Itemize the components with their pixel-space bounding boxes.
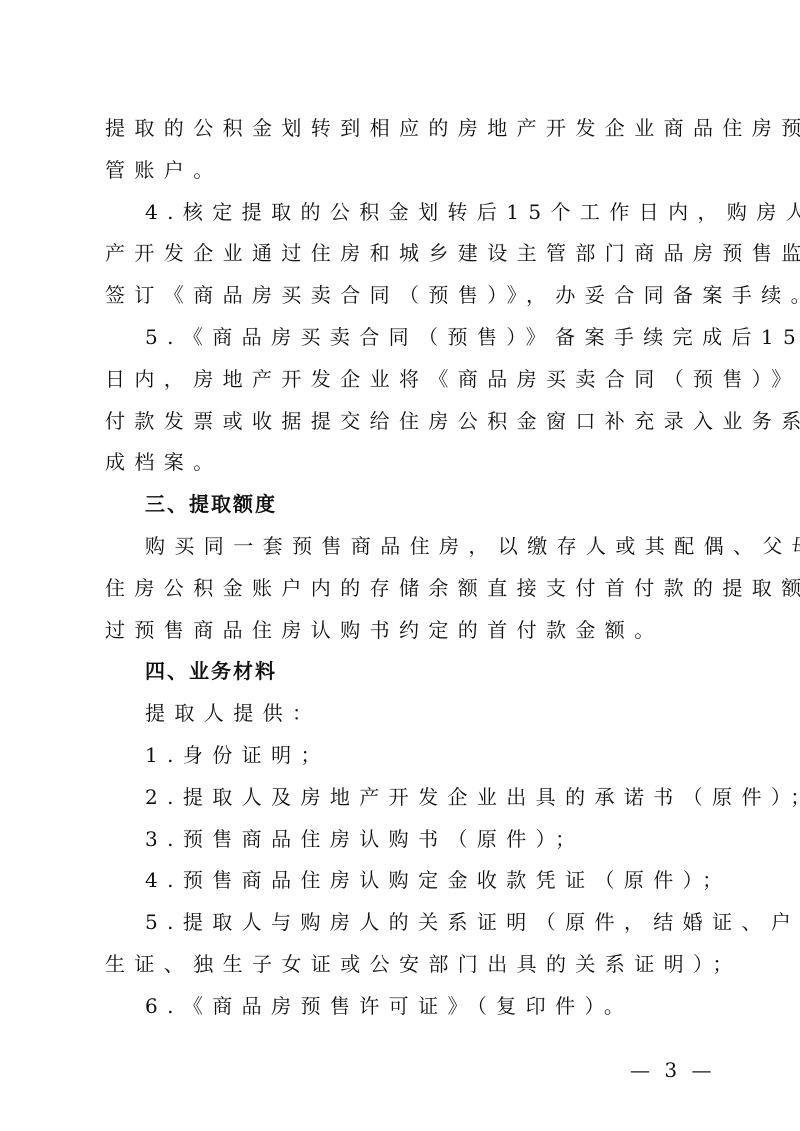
- page-number: — 3 —: [630, 1058, 715, 1082]
- section-heading-withdrawal-amount: 三、提取额度: [105, 484, 703, 526]
- paragraph-line: 管账户。: [105, 150, 703, 192]
- list-item-5: 5.《商品房买卖合同（预售）》备案手续完成后15个工作: [105, 317, 703, 359]
- paragraph-line: 生证、独生子女证或公安部门出具的关系证明）；: [105, 944, 703, 986]
- material-item-5: 5.提取人与购房人的关系证明（原件，结婚证、户口簿、出: [105, 902, 703, 944]
- paragraph-line: 产开发企业通过住房和城乡建设主管部门商品房预售监管平台: [105, 233, 703, 275]
- paragraph-line: 提取人提供：: [105, 693, 703, 735]
- paragraph-line: 日内，房地产开发企业将《商品房买卖合同（预售）》及购房首: [105, 359, 703, 401]
- paragraph-line: 付款发票或收据提交给住房公积金窗口补充录入业务系统并形: [105, 401, 703, 443]
- material-item-1: 1.身份证明；: [105, 735, 703, 777]
- list-item-4: 4.核定提取的公积金划转后15个工作日内，购房人与房地: [105, 192, 703, 234]
- paragraph-line: 购买同一套预售商品住房，以缴存人或其配偶、父母、子女: [105, 526, 703, 568]
- paragraph-line: 签订《商品房买卖合同（预售）》，办妥合同备案手续。: [105, 275, 703, 317]
- paragraph-line: 成档案。: [105, 442, 703, 484]
- material-item-3: 3.预售商品住房认购书（原件）；: [105, 819, 703, 861]
- material-item-6: 6.《商品房预售许可证》（复印件）。: [105, 986, 703, 1028]
- paragraph-line: 住房公积金账户内的存储余额直接支付首付款的提取额度不超: [105, 568, 703, 610]
- document-page: 提取的公积金划转到相应的房地产开发企业商品住房预售款监 管账户。 4.核定提取的…: [105, 108, 703, 1028]
- paragraph-line: 过预售商品住房认购书约定的首付款金额。: [105, 610, 703, 652]
- paragraph-line: 提取的公积金划转到相应的房地产开发企业商品住房预售款监: [105, 108, 703, 150]
- section-heading-business-materials: 四、业务材料: [105, 651, 703, 693]
- material-item-2: 2.提取人及房地产开发企业出具的承诺书（原件）；: [105, 777, 703, 819]
- material-item-4: 4.预售商品住房认购定金收款凭证（原件）；: [105, 860, 703, 902]
